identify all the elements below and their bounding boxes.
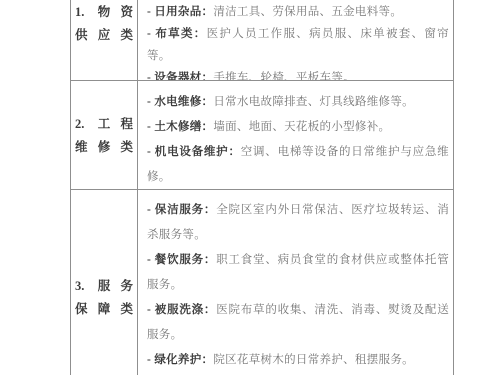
list-item: - 布草类：医护人员工作服、病员服、床单被套、窗帘等。 — [147, 23, 449, 67]
list-item: - 餐饮服务：职工食堂、病员食堂的食材供应或整体托管服务。 — [147, 248, 449, 298]
item-label: 被服洗涤 — [155, 304, 204, 316]
item-bullet: - — [147, 204, 155, 216]
item-colon: ： — [204, 204, 216, 216]
item-desc: 清洁工具、劳保用品、五金电料等。 — [213, 6, 402, 18]
items-cell: - 水电维修：日常水电故障排查、灯具线路维修等。 - 土木修缮：墙面、地面、天花… — [138, 81, 453, 189]
list-item: - 土木修缮：墙面、地面、天花板的小型修补。 — [147, 115, 449, 140]
item-label: 保洁服务 — [155, 204, 204, 216]
table-row: 3. 服务 保障类 - 保洁服务：全院区室内外日常保洁、医疗垃圾转运、消杀服务等… — [71, 190, 453, 375]
list-item: - 被服洗涤：医院布草的收集、清洗、消毒、熨烫及配送服务。 — [147, 298, 449, 348]
item-bullet: - — [147, 304, 155, 316]
item-colon: ： — [202, 72, 214, 80]
item-colon: ： — [204, 304, 216, 316]
item-colon: ： — [228, 146, 240, 158]
item-colon: ： — [202, 6, 214, 18]
items-cell: - 保洁服务：全院区室内外日常保洁、医疗垃圾转运、消杀服务等。 - 餐饮服务：职… — [138, 190, 453, 375]
list-item: - 保洁服务：全院区室内外日常保洁、医疗垃圾转运、消杀服务等。 — [147, 198, 449, 248]
item-desc: 墙面、地面、天花板的小型修补。 — [213, 121, 390, 133]
table-row: 1. 物资 供应类 - 日用杂品：清洁工具、劳保用品、五金电料等。 - 布草类：… — [71, 0, 453, 81]
item-colon: ： — [202, 96, 214, 108]
item-desc: 手推车、轮椅、平板车等。 — [213, 72, 355, 80]
list-item: - 机电设备维护：空调、电梯等设备的日常维护与应急维修。 — [147, 140, 449, 189]
item-bullet: - — [147, 254, 155, 266]
list-item: - 水电维修：日常水电故障排查、灯具线路维修等。 — [147, 90, 449, 115]
item-label: 布草类 — [155, 28, 193, 40]
category-cell: 2. 工程 维修类 — [71, 81, 138, 189]
item-label: 绿化养护 — [154, 354, 201, 366]
table-row: 2. 工程 维修类 - 水电维修：日常水电故障排查、灯具线路维修等。 - 土木修… — [71, 81, 453, 190]
item-colon: ： — [202, 354, 214, 366]
item-label: 土木修缮 — [154, 121, 201, 133]
category-cell: 1. 物资 供应类 — [71, 0, 138, 80]
item-bullet: - — [147, 146, 155, 158]
item-colon: ： — [204, 254, 216, 266]
item-label: 餐饮服务 — [155, 254, 204, 266]
items-cell: - 日用杂品：清洁工具、劳保用品、五金电料等。 - 布草类：医护人员工作服、病员… — [138, 0, 453, 80]
item-label: 日用杂品 — [154, 6, 201, 18]
list-item: - 绿化养护：院区花草树木的日常养护、租摆服务。 — [147, 348, 449, 373]
item-desc: 日常水电故障排查、灯具线路维修等。 — [213, 96, 414, 108]
category-cell: 3. 服务 保障类 — [71, 190, 138, 375]
document-page: 1. 物资 供应类 - 日用杂品：清洁工具、劳保用品、五金电料等。 - 布草类：… — [0, 0, 500, 375]
item-colon: ： — [202, 121, 214, 133]
item-label: 设备器材 — [154, 72, 201, 80]
list-item: - 设备器材：手推车、轮椅、平板车等。 — [147, 67, 449, 80]
item-label: 机电设备维护 — [155, 146, 229, 158]
list-item: - 日用杂品：清洁工具、劳保用品、五金电料等。 — [147, 1, 449, 23]
item-colon: ： — [194, 28, 207, 40]
item-label: 水电维修 — [154, 96, 201, 108]
item-desc: 院区花草树木的日常养护、租摆服务。 — [213, 354, 414, 366]
services-table: 1. 物资 供应类 - 日用杂品：清洁工具、劳保用品、五金电料等。 - 布草类：… — [70, 0, 454, 375]
